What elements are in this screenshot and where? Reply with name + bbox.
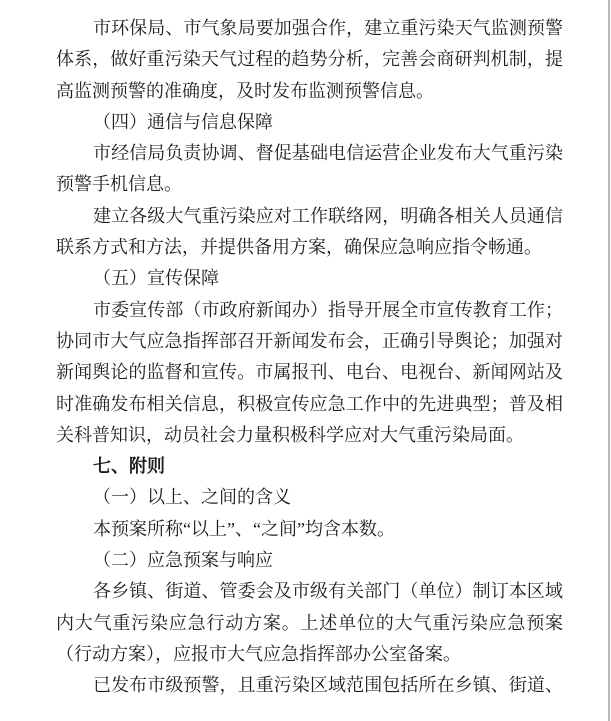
text-line: 建立各级大气重污染应对工作联络网，明确各相关人员通信 [56, 201, 563, 232]
text-block: 市环保局、市气象局要加强合作，建立重污染天气监测预警体系，做好重污染天气过程的趋… [56, 13, 563, 702]
text-line: 市委宣传部（市政府新闻办）指导开展全市宣传教育工作； [56, 295, 563, 326]
text-line: 新闻舆论的监督和宣传。市属报刊、电台、电视台、新闻网站及 [56, 357, 563, 388]
text-line: 预警手机信息。 [56, 169, 563, 200]
text-line: 高监测预警的准确度，及时发布监测预警信息。 [56, 76, 563, 107]
text-line: （四）通信与信息保障 [56, 107, 563, 138]
text-line: 协同市大气应急指挥部召开新闻发布会，正确引导舆论；加强对 [56, 326, 563, 357]
document-page: 市环保局、市气象局要加强合作，建立重污染天气监测预警体系，做好重污染天气过程的趋… [0, 0, 611, 721]
text-line: （五）宣传保障 [56, 263, 563, 294]
text-line: 各乡镇、街道、管委会及市级有关部门（单位）制订本区域 [56, 576, 563, 607]
text-line: 市环保局、市气象局要加强合作，建立重污染天气监测预警 [56, 13, 563, 44]
text-line: （二）应急预案与响应 [56, 545, 563, 576]
text-line: 本预案所称“以上”、“之间”均含本数。 [56, 514, 563, 545]
text-line: 联系方式和方法，并提供备用方案，确保应急响应指令畅通。 [56, 232, 563, 263]
page-right-border [608, 0, 610, 721]
text-line: 市经信局负责协调、督促基础电信运营企业发布大气重污染 [56, 138, 563, 169]
text-line: （一）以上、之间的含义 [56, 482, 563, 513]
text-line: 关科普知识，动员社会力量积极科学应对大气重污染局面。 [56, 420, 563, 451]
text-line: 内大气重污染应急行动方案。上述单位的大气重污染应急预案 [56, 608, 563, 639]
text-line: 已发布市级预警，且重污染区域范围包括所在乡镇、街道、 [56, 670, 563, 701]
section-heading-line: 七、附则 [56, 451, 563, 482]
text-line: 体系，做好重污染天气过程的趋势分析，完善会商研判机制，提 [56, 44, 563, 75]
text-line: （行动方案），应报市大气应急指挥部办公室备案。 [56, 639, 563, 670]
text-line: 时准确发布相关信息，积极宣传应急工作中的先进典型；普及相 [56, 389, 563, 420]
